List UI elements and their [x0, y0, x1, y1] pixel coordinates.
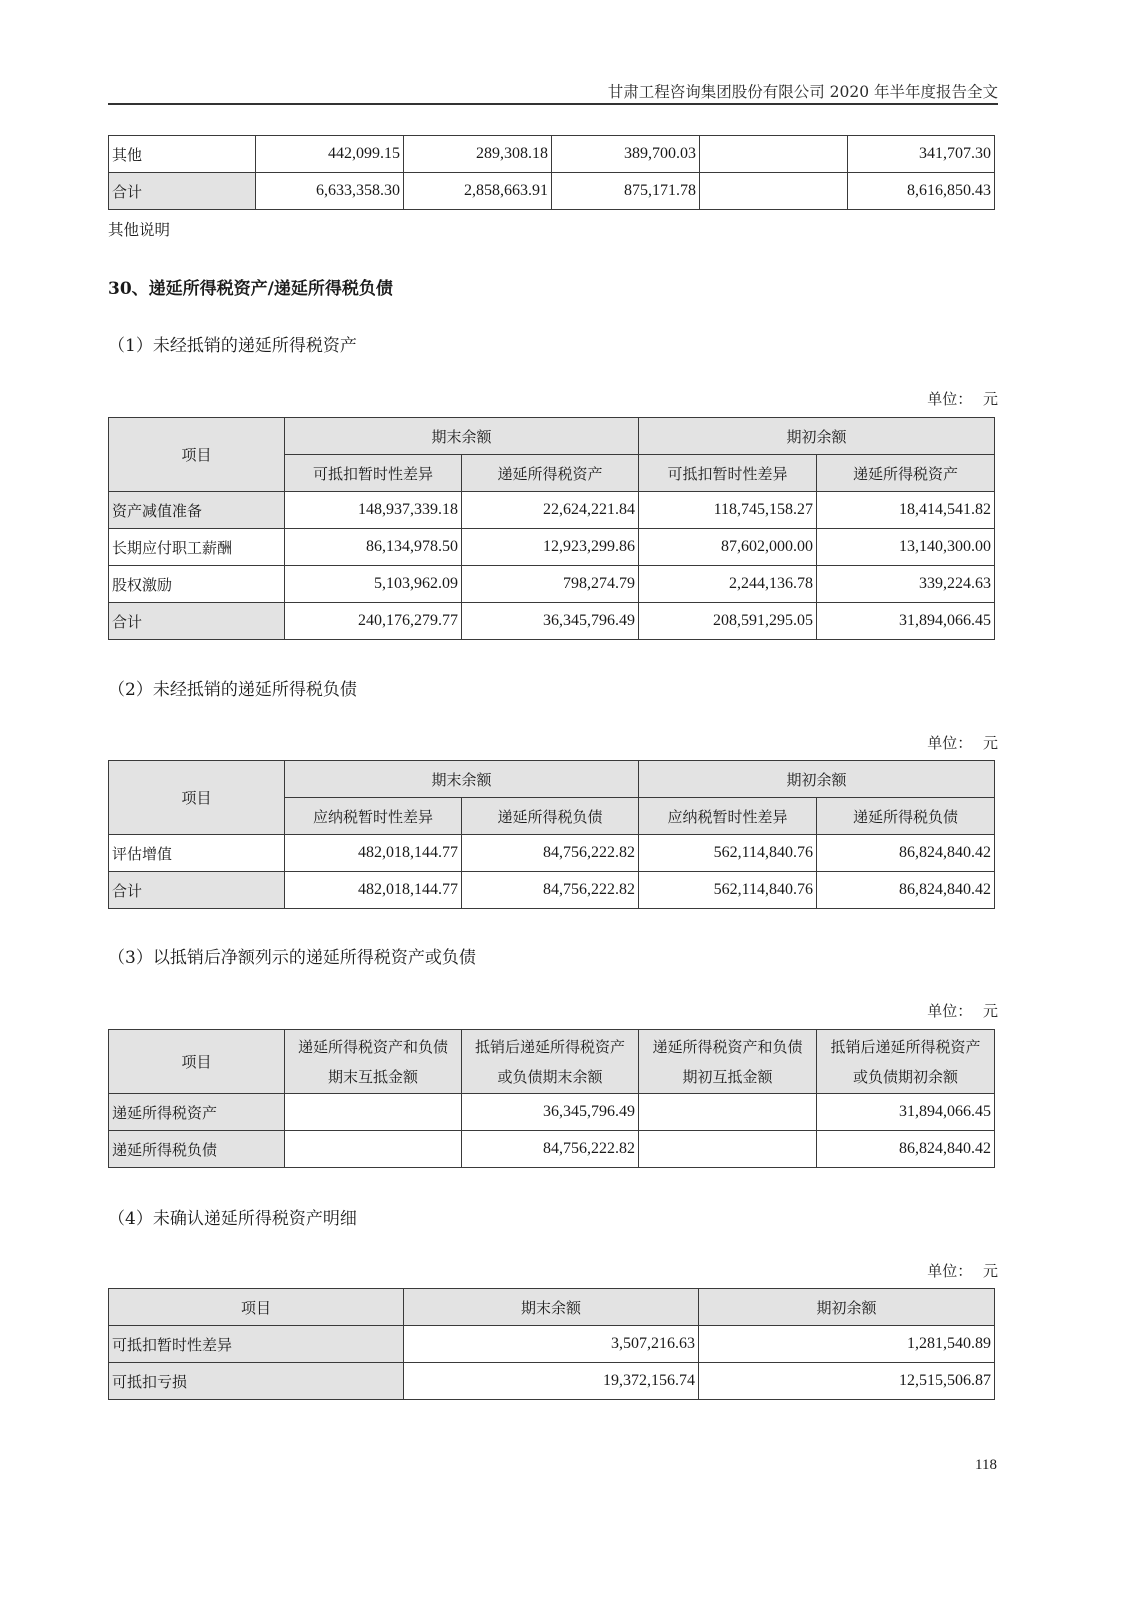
cell-value: 12,923,299.86: [462, 529, 639, 566]
cell-value: 84,756,222.82: [462, 835, 639, 872]
cell-value: 562,114,840.76: [639, 872, 817, 909]
cell-value: 562,114,840.76: [639, 835, 817, 872]
cell-value: 36,345,796.49: [462, 603, 639, 640]
row-label: 合计: [109, 173, 256, 210]
cell-value: 6,633,358.30: [256, 173, 404, 210]
header-line: 或负债期初余额: [853, 1068, 958, 1086]
cell-value: 31,894,066.45: [817, 1094, 995, 1131]
cell-value: [285, 1131, 462, 1168]
table1-title: （1）未经抵销的递延所得税资产: [108, 331, 357, 356]
row-label: 可抵扣亏损: [109, 1363, 404, 1400]
header-line: 抵销后递延所得税资产: [830, 1038, 980, 1056]
cell-value: 389,700.03: [552, 136, 700, 173]
cell-value: 148,937,339.18: [285, 492, 462, 529]
header-line: 期初互抵金额: [682, 1068, 772, 1086]
cell-value: 84,756,222.82: [462, 872, 639, 909]
header-col: 应纳税暂时性差异: [285, 798, 462, 835]
cell-value: 87,602,000.00: [639, 529, 817, 566]
cell-value: 86,824,840.42: [817, 835, 995, 872]
header-group-begin: 期初余额: [639, 761, 995, 798]
cell-value: 482,018,144.77: [285, 872, 462, 909]
previous-table: 其他 442,099.15 289,308.18 389,700.03 341,…: [108, 135, 995, 210]
cell-value: 86,824,840.42: [817, 1131, 995, 1168]
table2-title: （2）未经抵销的递延所得税负债: [108, 675, 357, 700]
cell-value: 12,515,506.87: [699, 1363, 995, 1400]
cell-value: 86,824,840.42: [817, 872, 995, 909]
cell-value: 5,103,962.09: [285, 566, 462, 603]
table-row: 评估增值 482,018,144.77 84,756,222.82 562,11…: [109, 835, 995, 872]
cell-value: 3,507,216.63: [404, 1326, 699, 1363]
cell-value: 13,140,300.00: [817, 529, 995, 566]
net-deferred-tax-table: 项目 递延所得税资产和负债期末互抵金额 抵销后递延所得税资产或负债期末余额 递延…: [108, 1029, 995, 1168]
header-col: 递延所得税资产: [462, 455, 639, 492]
table-row: 递延所得税负债 84,756,222.82 86,824,840.42: [109, 1131, 995, 1168]
row-label: 评估增值: [109, 835, 285, 872]
cell-value: [285, 1094, 462, 1131]
header-line: 抵销后递延所得税资产: [475, 1038, 625, 1056]
cell-value: 19,372,156.74: [404, 1363, 699, 1400]
row-label: 股权激励: [109, 566, 285, 603]
cell-value: [700, 136, 848, 173]
header-item: 项目: [109, 1289, 404, 1326]
row-label: 合计: [109, 603, 285, 640]
table2-unit: 单位： 元: [927, 732, 998, 753]
cell-value: 240,176,279.77: [285, 603, 462, 640]
header-line: 或负债期末余额: [497, 1068, 602, 1086]
header-group-begin: 期初余额: [639, 418, 995, 455]
header-group-end: 期末余额: [285, 418, 639, 455]
cell-value: 442,099.15: [256, 136, 404, 173]
header-col: 应纳税暂时性差异: [639, 798, 817, 835]
row-label: 长期应付职工薪酬: [109, 529, 285, 566]
other-notes-label: 其他说明: [108, 218, 170, 240]
table-row-total: 合计 240,176,279.77 36,345,796.49 208,591,…: [109, 603, 995, 640]
page-header-title: 甘肃工程咨询集团股份有限公司 2020 年半年度报告全文: [108, 80, 998, 102]
row-label: 递延所得税负债: [109, 1131, 285, 1168]
table-row: 可抵扣亏损 19,372,156.74 12,515,506.87: [109, 1363, 995, 1400]
header-col: 递延所得税资产: [817, 455, 995, 492]
table-row: 资产减值准备 148,937,339.18 22,624,221.84 118,…: [109, 492, 995, 529]
cell-value: 31,894,066.45: [817, 603, 995, 640]
row-label: 合计: [109, 872, 285, 909]
cell-value: [639, 1131, 817, 1168]
table1-unit: 单位： 元: [927, 388, 998, 409]
cell-value: 341,707.30: [848, 136, 995, 173]
cell-value: 22,624,221.84: [462, 492, 639, 529]
cell-value: 482,018,144.77: [285, 835, 462, 872]
table4-title: （4）未确认递延所得税资产明细: [108, 1204, 357, 1229]
header-item: 项目: [109, 761, 285, 835]
cell-value: 36,345,796.49: [462, 1094, 639, 1131]
cell-value: 289,308.18: [404, 136, 552, 173]
cell-value: 2,244,136.78: [639, 566, 817, 603]
cell-value: 8,616,850.43: [848, 173, 995, 210]
header-col: 递延所得税资产和负债期末互抵金额: [285, 1030, 462, 1094]
header-col: 递延所得税资产和负债期初互抵金额: [639, 1030, 817, 1094]
page-number: 118: [975, 1457, 997, 1474]
header-col: 期初余额: [699, 1289, 995, 1326]
cell-value: [639, 1094, 817, 1131]
header-col: 抵销后递延所得税资产或负债期初余额: [817, 1030, 995, 1094]
unrecognized-deferred-tax-table: 项目 期末余额 期初余额 可抵扣暂时性差异 3,507,216.63 1,281…: [108, 1288, 995, 1400]
table-row: 递延所得税资产 36,345,796.49 31,894,066.45: [109, 1094, 995, 1131]
table-row: 可抵扣暂时性差异 3,507,216.63 1,281,540.89: [109, 1326, 995, 1363]
header-line: 期末互抵金额: [328, 1068, 418, 1086]
row-label: 资产减值准备: [109, 492, 285, 529]
header-col: 递延所得税负债: [462, 798, 639, 835]
table4-unit: 单位： 元: [927, 1260, 998, 1281]
section-title: 30、递延所得税资产/递延所得税负债: [108, 274, 393, 299]
cell-value: 339,224.63: [817, 566, 995, 603]
cell-value: 798,274.79: [462, 566, 639, 603]
table3-title: （3）以抵销后净额列示的递延所得税资产或负债: [108, 943, 476, 968]
header-line: 递延所得税资产和负债: [298, 1038, 448, 1056]
deferred-tax-assets-table: 项目 期末余额 期初余额 可抵扣暂时性差异 递延所得税资产 可抵扣暂时性差异 递…: [108, 417, 995, 640]
row-label: 其他: [109, 136, 256, 173]
header-group-end: 期末余额: [285, 761, 639, 798]
row-label: 递延所得税资产: [109, 1094, 285, 1131]
header-col: 抵销后递延所得税资产或负债期末余额: [462, 1030, 639, 1094]
header-rule: [108, 103, 998, 105]
cell-value: [700, 173, 848, 210]
table-row: 长期应付职工薪酬 86,134,978.50 12,923,299.86 87,…: [109, 529, 995, 566]
table-row-total: 合计 482,018,144.77 84,756,222.82 562,114,…: [109, 872, 995, 909]
cell-value: 18,414,541.82: [817, 492, 995, 529]
header-item: 项目: [109, 418, 285, 492]
header-col: 可抵扣暂时性差异: [639, 455, 817, 492]
deferred-tax-liabilities-table: 项目 期末余额 期初余额 应纳税暂时性差异 递延所得税负债 应纳税暂时性差异 递…: [108, 760, 995, 909]
cell-value: 2,858,663.91: [404, 173, 552, 210]
cell-value: 208,591,295.05: [639, 603, 817, 640]
header-item: 项目: [109, 1030, 285, 1094]
table3-unit: 单位： 元: [927, 1000, 998, 1021]
table-row: 其他 442,099.15 289,308.18 389,700.03 341,…: [109, 136, 995, 173]
table-row-total: 合计 6,633,358.30 2,858,663.91 875,171.78 …: [109, 173, 995, 210]
cell-value: 1,281,540.89: [699, 1326, 995, 1363]
cell-value: 86,134,978.50: [285, 529, 462, 566]
row-label: 可抵扣暂时性差异: [109, 1326, 404, 1363]
cell-value: 84,756,222.82: [462, 1131, 639, 1168]
header-col: 可抵扣暂时性差异: [285, 455, 462, 492]
table-row: 股权激励 5,103,962.09 798,274.79 2,244,136.7…: [109, 566, 995, 603]
header-line: 递延所得税资产和负债: [652, 1038, 802, 1056]
cell-value: 875,171.78: [552, 173, 700, 210]
header-col: 递延所得税负债: [817, 798, 995, 835]
header-col: 期末余额: [404, 1289, 699, 1326]
cell-value: 118,745,158.27: [639, 492, 817, 529]
